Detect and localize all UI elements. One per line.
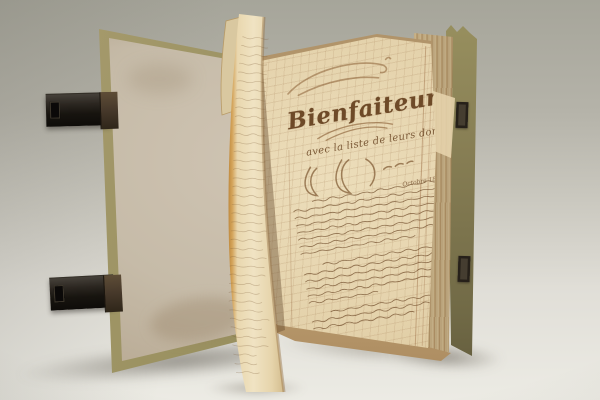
photograph-scene: Bienfaiteurs avec la liste de leurs dons: [0, 0, 600, 400]
leaf-face: [228, 14, 284, 392]
standing-leaf: [0, 0, 600, 400]
